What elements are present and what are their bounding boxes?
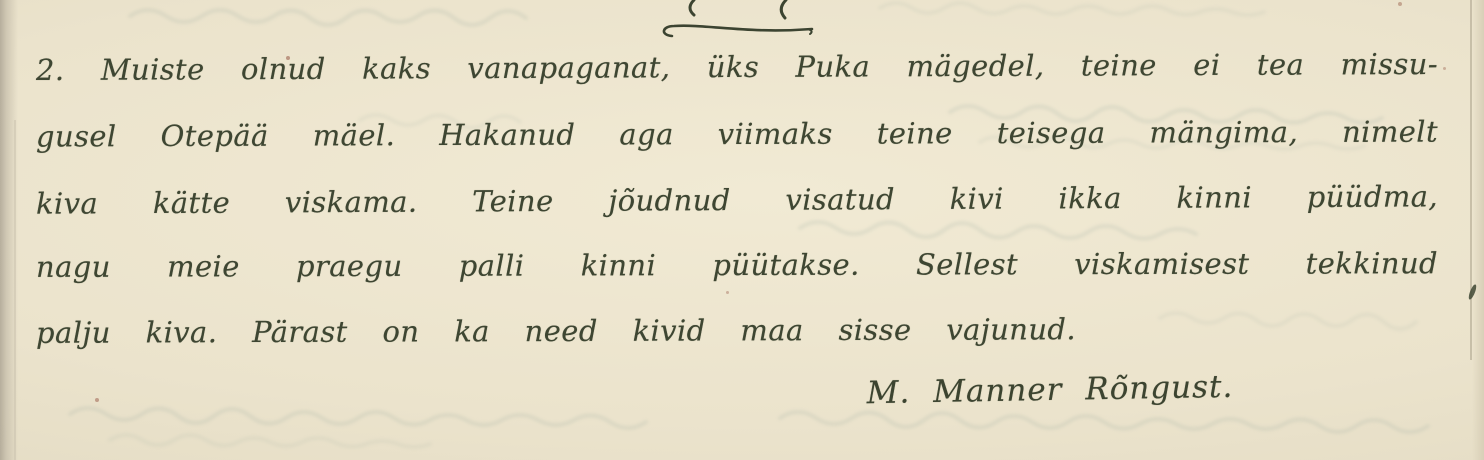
foxing-speck	[1443, 67, 1446, 70]
manuscript-line-4: nagu meie praegu palli kinni püütakse. S…	[36, 248, 1438, 284]
page-right-edge-line	[1470, 0, 1472, 360]
page-left-edge-line	[14, 120, 16, 460]
page-right-edge	[1472, 0, 1484, 460]
foxing-speck	[1398, 2, 1402, 6]
manuscript-page: 2. Muiste olnud kaks vanapaganat, üks Pu…	[0, 0, 1484, 460]
foxing-speck	[95, 398, 99, 402]
foxing-speck	[726, 291, 729, 294]
manuscript-line-5: palju kiva. Pärast on ka need kivid maa …	[36, 314, 1076, 350]
manuscript-line-2: gusel Otepää mäel. Hakanud aga viimaks t…	[36, 117, 1438, 154]
manuscript-line-1: 2. Muiste olnud kaks vanapaganat, üks Pu…	[36, 49, 1438, 87]
foxing-speck	[286, 56, 290, 60]
